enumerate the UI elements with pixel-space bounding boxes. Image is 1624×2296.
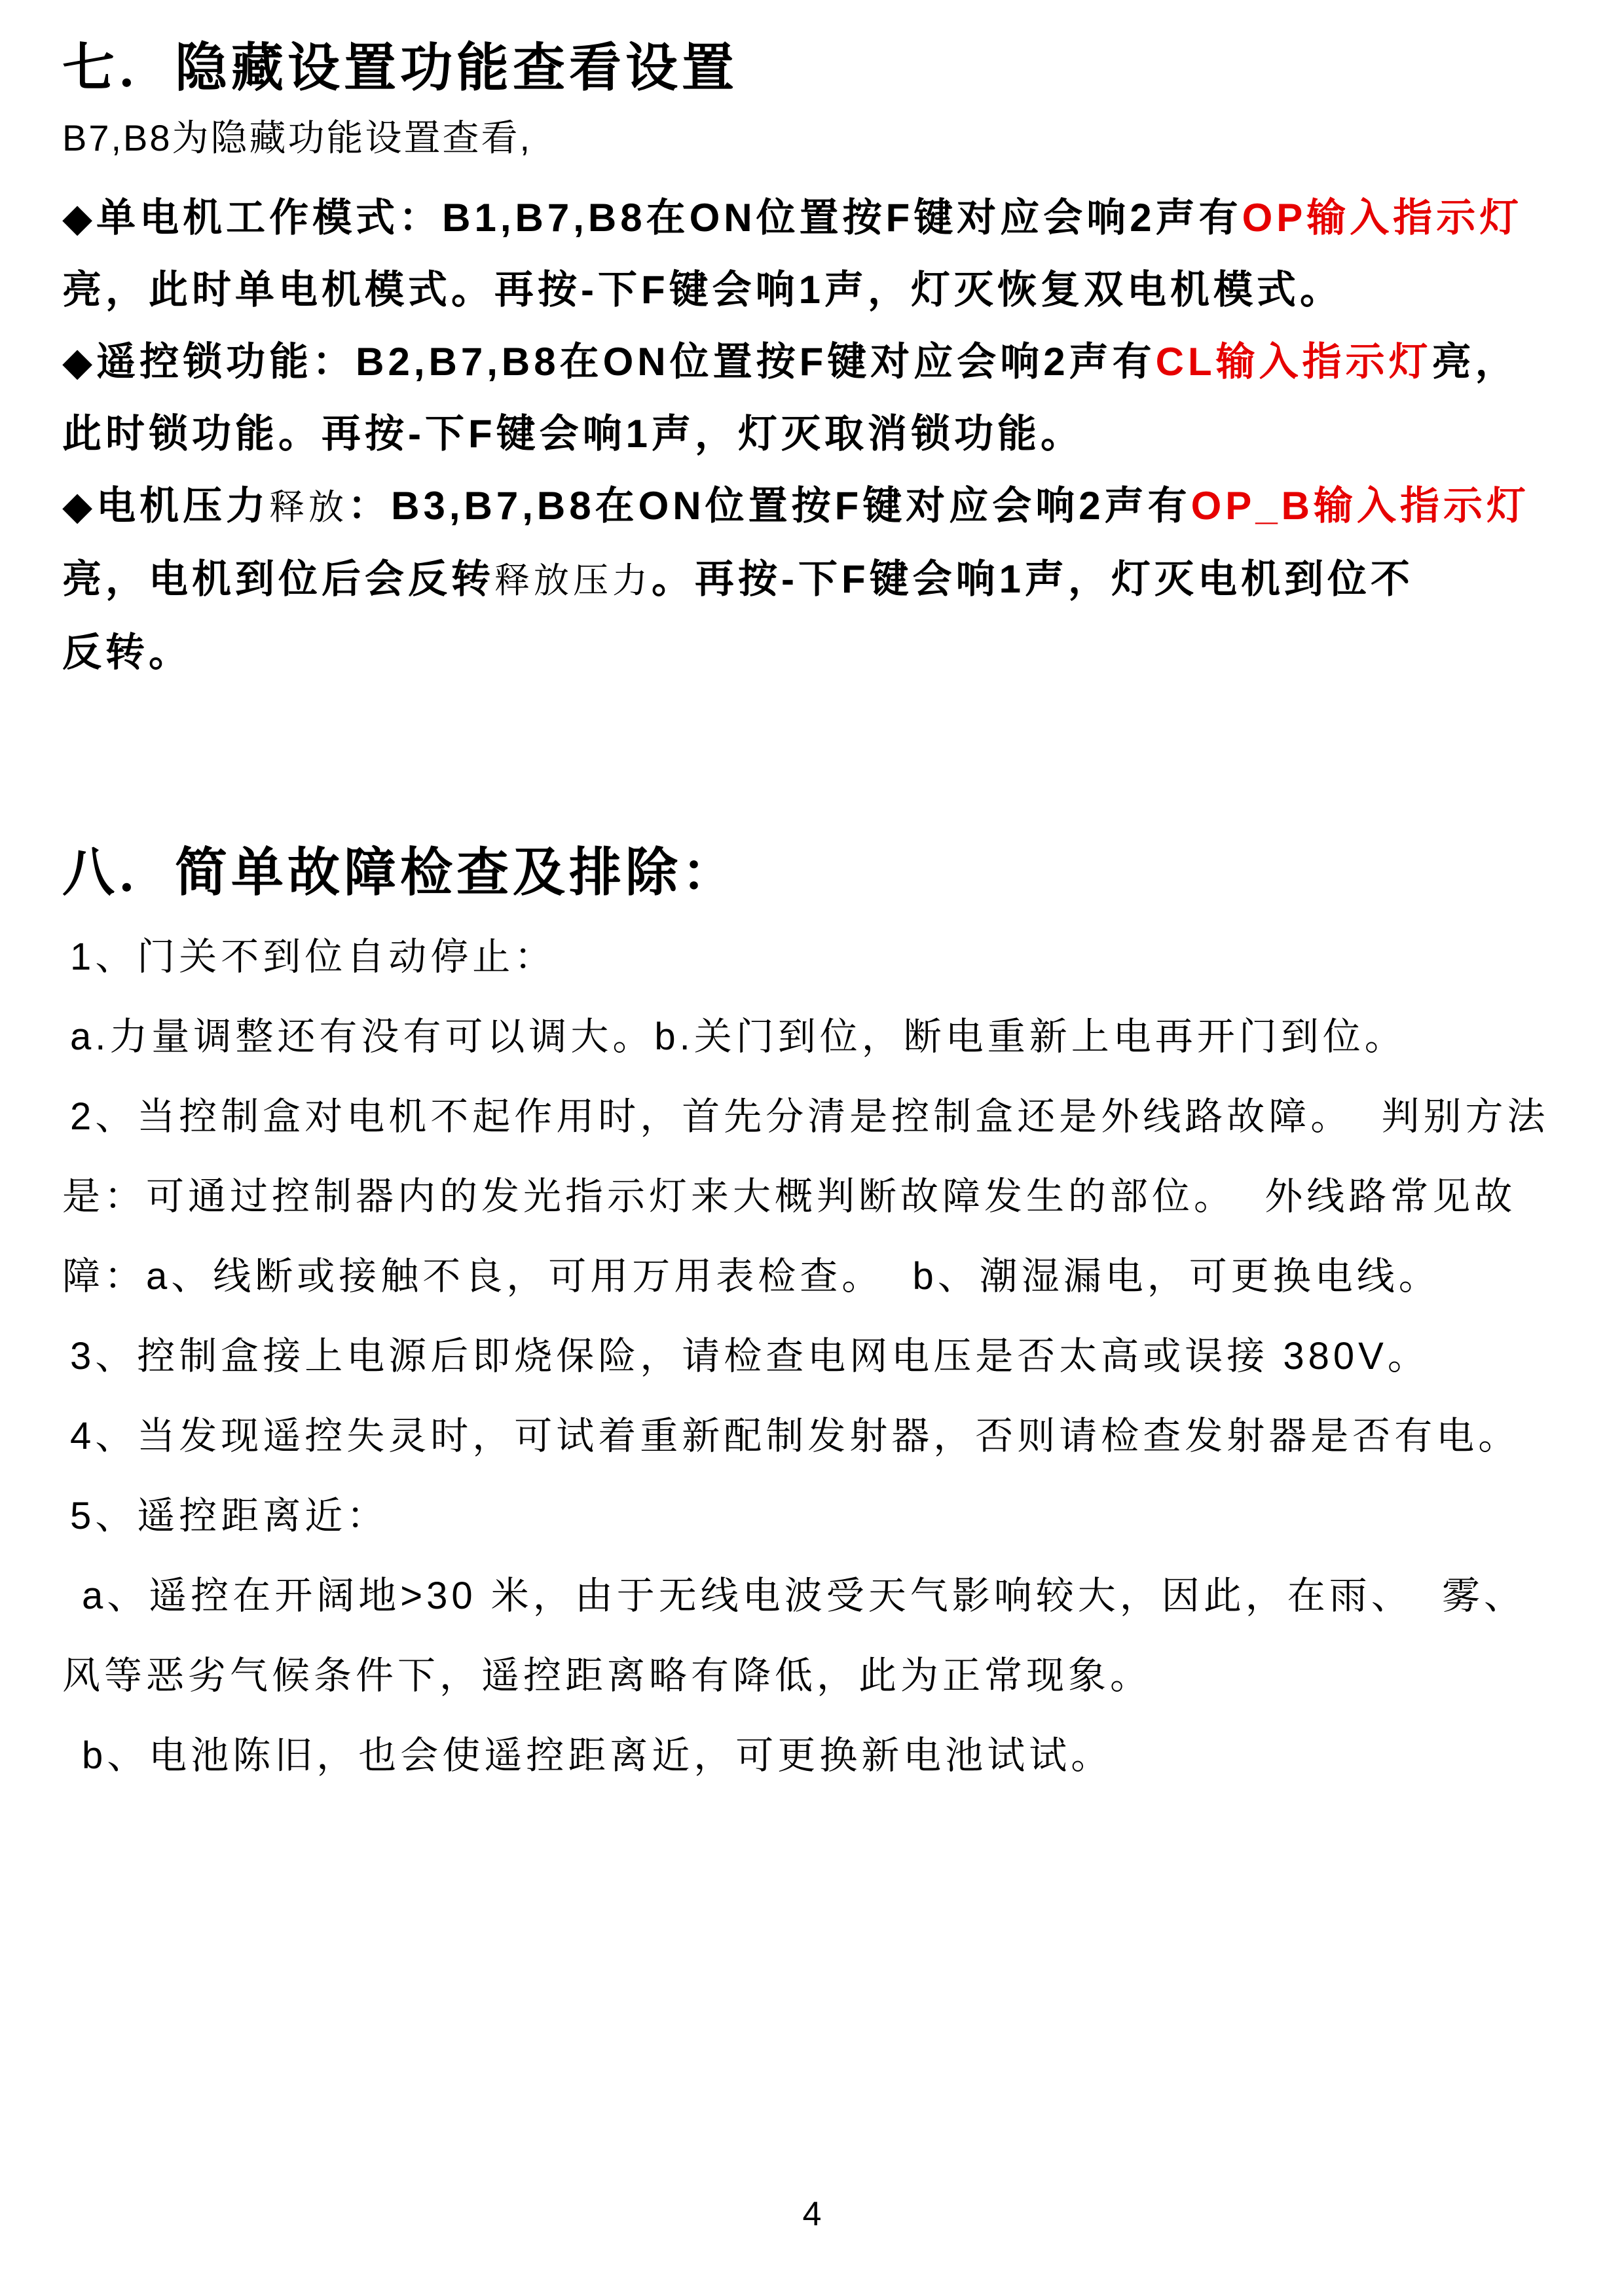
page-number: 4 xyxy=(0,2195,1624,2234)
bullet-single-motor-mode-line-2: 亮，此时单电机模式。再按-下F键会响1声，灯灭恢复双电机模式。 xyxy=(62,254,1578,326)
fault-item-1-remedy: a.力量调整还有没有可以调大。b.关门到位，断电重新上电再开门到位。 xyxy=(62,997,1578,1077)
fault-item-5a-line-1: a、遥控在开阔地>30 米，由于无线电波受天气影响较大，因此，在雨、 雾、 xyxy=(62,1556,1578,1636)
fault-item-2-line-2: 是：可通过控制器内的发光指示灯来大概判断故障发生的部位。 外线路常见故 xyxy=(62,1157,1578,1237)
text-segment: 亮，此时单电机模式。再按-下F键会响1声，灯灭恢复双电机模式。 xyxy=(62,268,1343,312)
bullet-pressure-release-line-1: ◆电机压力释放：B3,B7,B8在ON位置按F键对应会响2声有OP_B输入指示灯 xyxy=(62,470,1578,543)
manual-page: 七．隐藏设置功能查看设置 B7,B8为隐藏功能设置查看, ◆单电机工作模式：B1… xyxy=(0,0,1624,2296)
section-7-title: 七．隐藏设置功能查看设置 xyxy=(62,37,1578,100)
text-segment: 释放压力 xyxy=(494,561,652,600)
op-b-indicator-highlight: OP_B输入指示灯 xyxy=(1191,484,1530,528)
text-segment: ◆电机压力 xyxy=(62,484,269,528)
fault-item-4: 4、当发现遥控失灵时，可试着重新配制发射器，否则请检查发射器是否有电。 xyxy=(62,1396,1578,1476)
fault-item-2-line-1: 2、当控制盒对电机不起作用时，首先分清是控制盒还是外线路故障。 判别方法 xyxy=(62,1077,1578,1157)
fault-item-5a-line-2: 风等恶劣气候条件下，遥控距离略有降低，此为正常现象。 xyxy=(62,1636,1578,1716)
feature-bullet-list: ◆单电机工作模式：B1,B7,B8在ON位置按F键对应会响2声有OP输入指示灯 … xyxy=(62,182,1578,689)
op-indicator-highlight: OP输入指示灯 xyxy=(1242,196,1523,240)
text-segment: 。再按-下F键会响1声，灯灭电机到位不 xyxy=(652,557,1414,601)
bullet-remote-lock-line-1: ◆遥控锁功能：B2,B7,B8在ON位置按F键对应会响2声有CL输入指示灯亮， xyxy=(62,326,1578,398)
cl-indicator-highlight: CL输入指示灯 xyxy=(1156,340,1432,384)
text-segment: ：B3,B7,B8在ON位置按F键对应会响2声有 xyxy=(348,484,1190,528)
text-segment: 反转。 xyxy=(62,630,192,674)
fault-item-5: 5、遥控距离近： xyxy=(62,1476,1578,1556)
fault-item-1: 1、门关不到位自动停止： xyxy=(62,917,1578,997)
bullet-single-motor-mode-line-1: ◆单电机工作模式：B1,B7,B8在ON位置按F键对应会响2声有OP输入指示灯 xyxy=(62,182,1578,254)
bullet-remote-lock-line-2: 此时锁功能。再按-下F键会响1声，灯灭取消锁功能。 xyxy=(62,398,1578,470)
text-segment: ◆遥控锁功能：B2,B7,B8在ON位置按F键对应会响2声有 xyxy=(62,340,1156,384)
bullet-pressure-release-line-2: 亮，电机到位后会反转释放压力。再按-下F键会响1声，灯灭电机到位不 xyxy=(62,543,1578,617)
fault-item-5b: b、电池陈旧，也会使遥控距离近，可更换新电池试试。 xyxy=(62,1716,1578,1796)
text-segment: ◆单电机工作模式：B1,B7,B8在ON位置按F键对应会响2声有 xyxy=(62,196,1242,240)
fault-item-3: 3、控制盒接上电源后即烧保险，请检查电网电压是否太高或误接 380V。 xyxy=(62,1317,1578,1396)
section-7-intro: B7,B8为隐藏功能设置查看, xyxy=(62,109,1578,168)
troubleshooting-list: 1、门关不到位自动停止： a.力量调整还有没有可以调大。b.关门到位，断电重新上… xyxy=(62,917,1578,1796)
text-segment: 释放 xyxy=(269,488,348,527)
section-8-title: 八．简单故障检查及排除： xyxy=(62,841,1578,904)
text-segment: 亮， xyxy=(1432,340,1519,384)
text-segment: 亮，电机到位后会反转 xyxy=(62,557,494,601)
section-hidden-settings: 七．隐藏设置功能查看设置 B7,B8为隐藏功能设置查看, ◆单电机工作模式：B1… xyxy=(62,37,1578,689)
section-troubleshooting: 八．简单故障检查及排除： 1、门关不到位自动停止： a.力量调整还有没有可以调大… xyxy=(62,841,1578,1796)
text-segment: 此时锁功能。再按-下F键会响1声，灯灭取消锁功能。 xyxy=(62,412,1084,456)
bullet-pressure-release-line-3: 反转。 xyxy=(62,617,1578,689)
fault-item-2-line-3: 障：a、线断或接触不良，可用万用表检查。 b、潮湿漏电，可更换电线。 xyxy=(62,1237,1578,1317)
